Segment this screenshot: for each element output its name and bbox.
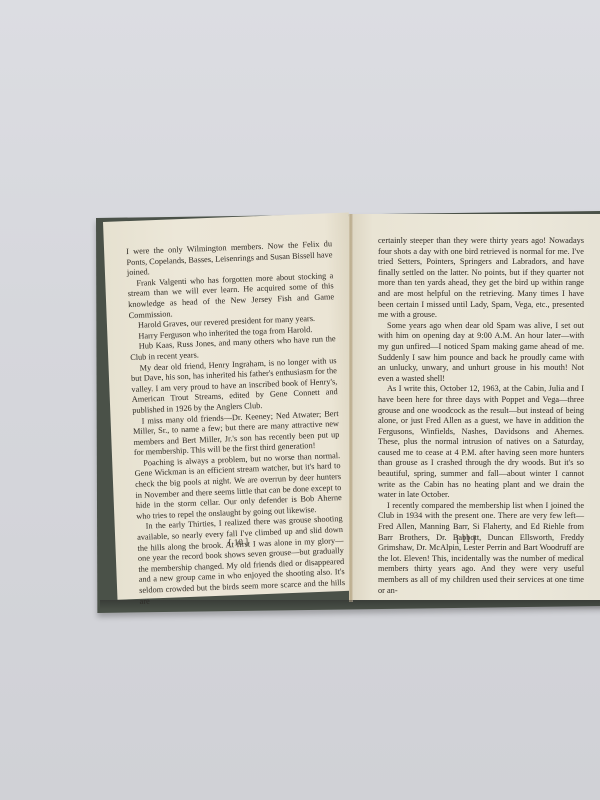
paragraph: Poaching is always a problem, but no wor… xyxy=(134,451,342,522)
paragraph: certainly steeper than they were thirty … xyxy=(378,236,584,321)
left-page-text: I were the only Wilmington members. Now … xyxy=(126,239,346,607)
page-number: [ 11 ] xyxy=(336,534,596,544)
left-page: I were the only Wilmington members. Now … xyxy=(103,213,363,600)
book-shadow xyxy=(100,600,600,610)
book-gutter xyxy=(349,214,353,602)
paragraph: As I write this, October 12, 1963, at th… xyxy=(378,384,584,501)
photo-scene: I were the only Wilmington members. Now … xyxy=(0,0,600,800)
paragraph: Some years ago when dear old Spam was al… xyxy=(378,321,584,385)
paragraph: In the early Thirties, I realized there … xyxy=(137,514,346,607)
paragraph: My dear old friend, Henry Ingraham, is n… xyxy=(130,356,338,417)
right-page: certainly steeper than they were thirty … xyxy=(352,214,600,600)
paragraph: I recently compared the membership list … xyxy=(378,501,584,596)
